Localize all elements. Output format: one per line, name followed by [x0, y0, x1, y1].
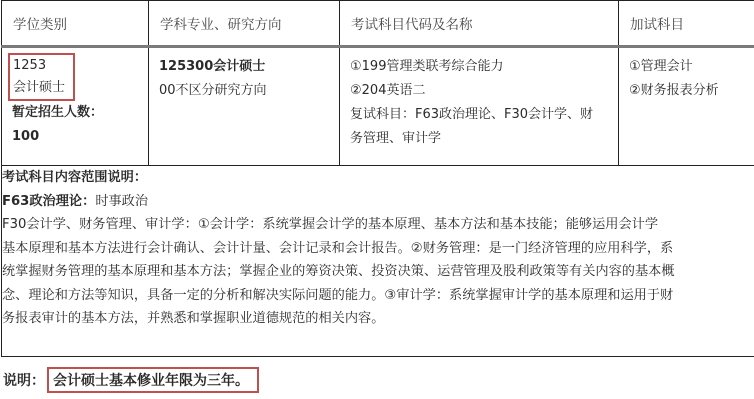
exam-subject-1: ①199管理类联考综合能力 — [350, 55, 608, 79]
extra-subjects-cell: ①管理会计 ②财务报表分析 — [619, 47, 754, 166]
f30-line-2: 基本原理和基本方法进行会计确认、会计计量、会计记录和会计报告。②财务管理：是一门… — [2, 237, 754, 261]
retest-subjects-line2: 务管理、审计学 — [350, 127, 608, 151]
f63-line: F63政治理论：时事政治 — [2, 190, 754, 214]
extra-subject-1: ①管理会计 — [629, 55, 744, 79]
enrollment-label: 暂定招生人数： — [12, 101, 138, 125]
footnote-label: 说明： — [3, 370, 45, 390]
f30-line-3: 统掌握财务管理的基本原理和基本方法；掌握企业的筹资决策、投资决策、运营管理及股利… — [2, 260, 754, 284]
admission-document: 学位类别 学科专业、研究方向 考试科目代码及名称 加试科目 1253 会计硕士 … — [1, 0, 752, 357]
header-extra-subjects: 加试科目 — [619, 1, 754, 47]
footnote-highlight-box: 会计硕士基本修业年限为三年。 — [47, 367, 259, 393]
degree-cell: 1253 会计硕士 暂定招生人数： 100 — [2, 47, 149, 166]
f30-line-5: 务报表审计的基本方法，并熟悉和掌握职业道德规范的相关内容。 — [2, 307, 754, 331]
exam-subjects-cell: ①199管理类联考综合能力 ②204英语二 复试科目：F63政治理论、F30会计… — [340, 47, 619, 166]
degree-code: 1253 — [13, 55, 65, 77]
f30-line-4: 念、理论和方法等知识，具备一定的分析和解决实际问题的能力。③审计学：系统掌握审计… — [2, 284, 754, 308]
degree-name: 会计硕士 — [13, 77, 65, 99]
research-direction: 00不区分研究方向 — [159, 79, 329, 103]
f63-text: 时事政治 — [95, 194, 148, 209]
description-cell: 考试科目内容范围说明： F63政治理论：时事政治 F30会计学、财务管理、审计学… — [2, 166, 754, 357]
f30-label: F30会计学、财务管理、审计学： — [2, 217, 198, 232]
description-title: 考试科目内容范围说明： — [2, 166, 754, 190]
table-row: 1253 会计硕士 暂定招生人数： 100 125300会计硕士 00不区分研究… — [2, 47, 754, 166]
f30-text-1: ①会计学：系统掌握会计学的基本原理、基本方法和基本技能；能够运用会计学 — [198, 217, 658, 232]
admission-table: 学位类别 学科专业、研究方向 考试科目代码及名称 加试科目 1253 会计硕士 … — [1, 0, 754, 357]
retest-subjects-line1: 复试科目：F63政治理论、F30会计学、财 — [350, 103, 608, 127]
degree-highlight-box: 1253 会计硕士 — [8, 53, 75, 101]
f63-label: F63政治理论： — [2, 194, 95, 209]
f30-line-1: F30会计学、财务管理、审计学：①会计学：系统掌握会计学的基本原理、基本方法和基… — [2, 213, 754, 237]
footnote: 说明： 会计硕士基本修业年限为三年。 — [3, 367, 259, 393]
extra-subject-2: ②财务报表分析 — [629, 79, 744, 103]
table-header-row: 学位类别 学科专业、研究方向 考试科目代码及名称 加试科目 — [2, 1, 754, 47]
description-row: 考试科目内容范围说明： F63政治理论：时事政治 F30会计学、财务管理、审计学… — [2, 166, 754, 357]
exam-subject-2: ②204英语二 — [350, 79, 608, 103]
header-degree-type: 学位类别 — [2, 1, 149, 47]
major-name: 125300会计硕士 — [159, 55, 329, 79]
enrollment-count: 100 — [12, 125, 138, 149]
header-major-direction: 学科专业、研究方向 — [149, 1, 340, 47]
header-exam-subjects: 考试科目代码及名称 — [340, 1, 619, 47]
major-cell: 125300会计硕士 00不区分研究方向 — [149, 47, 340, 166]
